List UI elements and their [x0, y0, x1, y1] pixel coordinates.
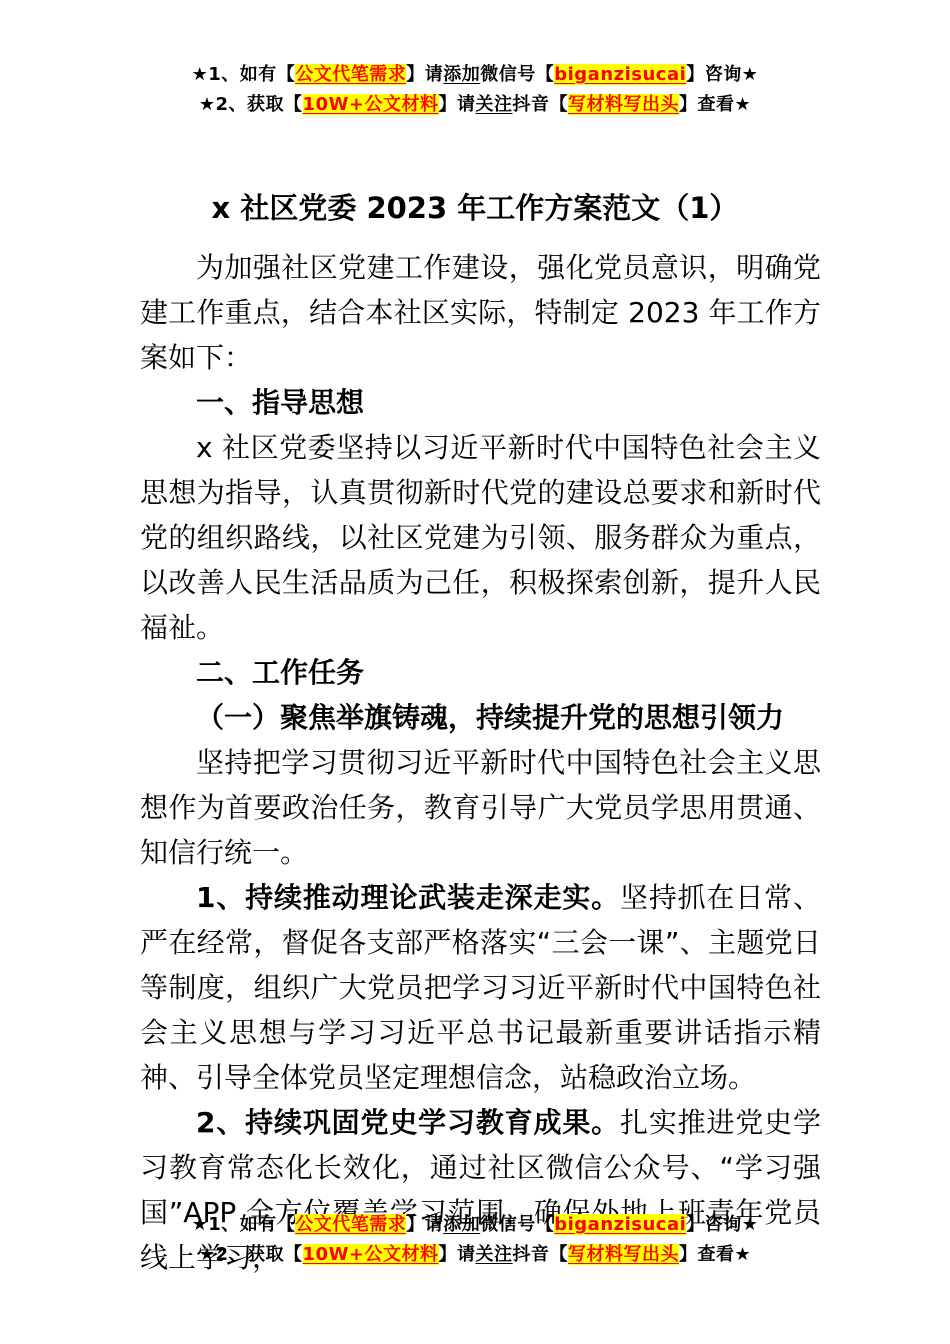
promo-header: ★1、如有【公文代笔需求】请添加微信号【biganzisucai】咨询★ ★2、…	[0, 60, 950, 120]
paragraph-guiding-ideology: x 社区党委坚持以习近平新时代中国特色社会主义思想为指导，认真贯彻新时代党的建设…	[140, 425, 821, 650]
notice-text: 】查看★	[679, 94, 751, 115]
highlight-keyword: 公文代笔需求	[295, 1214, 406, 1235]
notice-text: ★1、如有【	[192, 64, 296, 85]
notice-text: 微信号【	[480, 64, 554, 85]
promo-footer-line-1: ★1、如有【公文代笔需求】请添加微信号【biganzisucai】咨询★	[0, 1210, 950, 1240]
paragraph-text: x 社区党委坚持以习近平新时代中国特色社会主义思想为指导，认真贯彻新时代党的建设…	[140, 431, 821, 644]
notice-text: ★1、如有【	[192, 1214, 296, 1235]
highlight-wechat-id: biganzisucai	[554, 1214, 686, 1235]
notice-text: ★2、获取【	[199, 1244, 303, 1265]
notice-text: 】请	[439, 94, 476, 115]
notice-text: 抖音【	[513, 94, 569, 115]
heading-guiding-ideology: 一、指导思想	[140, 380, 821, 425]
paragraph-lead: 2、持续巩固党史学习教育成果。	[196, 1106, 620, 1139]
paragraph-lead: 1、持续推动理论武装走深走实。	[196, 881, 620, 914]
heading-work-tasks: 二、工作任务	[140, 650, 821, 695]
underline-word: 关注	[476, 94, 513, 115]
notice-text: 微信号【	[480, 1214, 554, 1235]
promo-footer: ★1、如有【公文代笔需求】请添加微信号【biganzisucai】咨询★ ★2、…	[0, 1210, 950, 1270]
highlight-keyword: 10W+公文材料	[303, 1244, 439, 1265]
notice-text: 】请	[406, 64, 443, 85]
underline-word: 添加	[443, 1214, 480, 1235]
highlight-keyword: 公文代笔需求	[295, 64, 406, 85]
promo-footer-line-2: ★2、获取【10W+公文材料】请关注抖音【写材料写出头】查看★	[0, 1240, 950, 1270]
paragraph-text: 为加强社区党建工作建设，强化党员意识，明确党建工作重点，结合本社区实际，特制定 …	[140, 251, 821, 374]
paragraph-item-1: 1、持续推动理论武装走深走实。坚持抓在日常、严在经常，督促各支部严格落实“三会一…	[140, 875, 821, 1100]
promo-header-line-1: ★1、如有【公文代笔需求】请添加微信号【biganzisucai】咨询★	[0, 60, 950, 90]
notice-text: 】请	[406, 1214, 443, 1235]
underline-word: 关注	[476, 1244, 513, 1265]
promo-header-line-2: ★2、获取【10W+公文材料】请关注抖音【写材料写出头】查看★	[0, 90, 950, 120]
heading-text: （一）聚焦举旗铸魂，持续提升党的思想引领力	[196, 701, 784, 734]
notice-text: 】请	[439, 1244, 476, 1265]
highlight-douyin-id: 写材料写出头	[568, 1244, 679, 1265]
paragraph-text: 坚持把学习贯彻习近平新时代中国特色社会主义思想作为首要政治任务，教育引导广大党员…	[140, 746, 821, 869]
notice-text: ★2、获取【	[199, 94, 303, 115]
highlight-douyin-id: 写材料写出头	[568, 94, 679, 115]
document-body: 为加强社区党建工作建设，强化党员意识，明确党建工作重点，结合本社区实际，特制定 …	[140, 245, 821, 1280]
heading-text: 一、指导思想	[196, 386, 364, 419]
paragraph-intro: 为加强社区党建工作建设，强化党员意识，明确党建工作重点，结合本社区实际，特制定 …	[140, 245, 821, 380]
paragraph-primary-task: 坚持把学习贯彻习近平新时代中国特色社会主义思想作为首要政治任务，教育引导广大党员…	[140, 740, 821, 875]
notice-text: 】咨询★	[686, 1214, 758, 1235]
document-page: ★1、如有【公文代笔需求】请添加微信号【biganzisucai】咨询★ ★2、…	[0, 0, 950, 1344]
notice-text: 】咨询★	[686, 64, 758, 85]
notice-text: 】查看★	[679, 1244, 751, 1265]
document-title: x 社区党委 2023 年工作方案范文（1）	[0, 186, 950, 230]
subheading-ideological-leadership: （一）聚焦举旗铸魂，持续提升党的思想引领力	[140, 695, 821, 740]
highlight-keyword: 10W+公文材料	[303, 94, 439, 115]
underline-word: 添加	[443, 64, 480, 85]
notice-text: 抖音【	[513, 1244, 569, 1265]
heading-text: 二、工作任务	[196, 656, 364, 689]
highlight-wechat-id: biganzisucai	[554, 64, 686, 85]
